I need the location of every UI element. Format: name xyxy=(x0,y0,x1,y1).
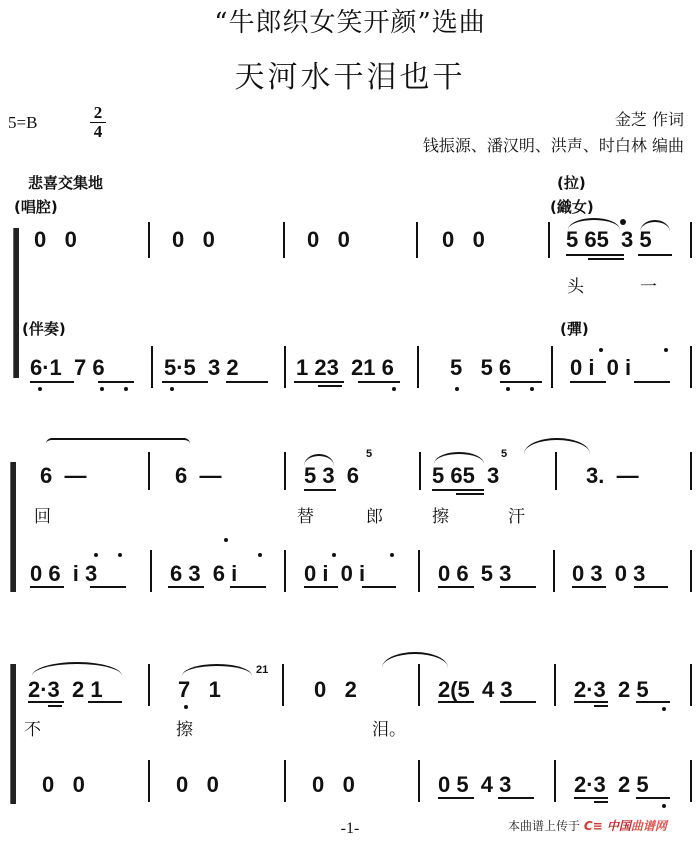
system-brace xyxy=(10,462,16,592)
vocal-m1: 2·3 2 1 xyxy=(28,678,103,702)
logo-icon: C≡ xyxy=(584,819,603,833)
vocal-part-label: (唱腔) xyxy=(14,196,58,217)
vocal-m3: 0 2 xyxy=(314,678,357,702)
high-octave-dot xyxy=(94,553,98,557)
underline xyxy=(28,701,64,703)
accomp-m3: 0 0 xyxy=(312,773,355,797)
site-name-b: 曲谱网 xyxy=(631,819,667,833)
high-octave-dot xyxy=(599,348,603,352)
underline xyxy=(168,586,204,588)
arranger-credit: 钱振源、潘汉明、洪声、时白林 编曲 xyxy=(423,133,684,156)
underline xyxy=(318,385,342,387)
barline xyxy=(151,346,153,388)
site-logo[interactable]: C≡ 中国曲谱网 xyxy=(584,817,667,834)
vocal-m1: 0 0 xyxy=(34,228,77,252)
lyric: 头 xyxy=(567,272,584,297)
underline xyxy=(226,381,268,383)
accomp-m5: 0 i 0 i xyxy=(570,356,631,380)
barline xyxy=(418,550,420,592)
vocal-m2: 6 — xyxy=(175,464,221,488)
low-octave-dot xyxy=(506,387,510,391)
series-title: “牛郎织女笑开颜”选曲 xyxy=(0,2,700,39)
lyric: 汗 xyxy=(508,502,525,527)
barline xyxy=(690,452,692,490)
slur xyxy=(32,662,122,676)
underline xyxy=(304,586,338,588)
accomp-m2: 0 0 xyxy=(176,773,219,797)
low-octave-dot xyxy=(455,387,459,391)
tie xyxy=(46,438,190,448)
accomp-m1: 6·1 7 6 xyxy=(30,356,105,380)
underline xyxy=(304,489,336,491)
staccato-dot xyxy=(620,219,626,225)
underline xyxy=(638,254,672,256)
high-octave-dot xyxy=(118,553,122,557)
vocal-m4: 5 65 3 xyxy=(432,464,499,488)
underline xyxy=(90,586,126,588)
underline xyxy=(362,586,396,588)
lyric: 擦 xyxy=(176,715,193,740)
accomp-m4: 5 5 6 xyxy=(450,356,511,380)
site-name-a: 中国 xyxy=(607,819,631,833)
vocal-m3: 0 0 xyxy=(307,228,350,252)
barline xyxy=(283,222,285,258)
underline xyxy=(500,381,542,383)
source-text: 本曲谱上传于 xyxy=(508,819,580,833)
low-octave-dot xyxy=(530,387,534,391)
underline xyxy=(500,701,536,703)
low-octave-dot xyxy=(38,387,42,391)
barline xyxy=(690,760,692,802)
barline xyxy=(419,452,421,490)
barline xyxy=(553,550,555,592)
barline xyxy=(418,664,420,706)
accomp-m3: 1 23 21 6 xyxy=(296,356,394,380)
underline xyxy=(294,381,344,383)
lyric: 郎 xyxy=(366,502,383,527)
underline xyxy=(162,381,208,383)
high-octave-dot xyxy=(332,553,336,557)
vocal-m3: 5 3 6 xyxy=(304,464,359,488)
slur xyxy=(304,454,334,466)
barline xyxy=(554,760,556,802)
slur xyxy=(434,452,484,464)
low-octave-dot xyxy=(170,387,174,391)
accomp-m1: 0 6 i 3 xyxy=(30,562,97,586)
underline xyxy=(432,489,484,491)
lyric: 回 xyxy=(34,502,51,527)
barline xyxy=(284,452,286,490)
low-octave-dot xyxy=(662,804,666,808)
lyric: 不 xyxy=(24,715,41,740)
source-credit: 本曲谱上传于 C≡ 中国曲谱网 xyxy=(508,817,667,834)
accomp-m5: 2·3 2 5 xyxy=(574,773,649,797)
low-octave-dot xyxy=(184,705,188,709)
barline xyxy=(417,346,419,388)
tie xyxy=(524,438,590,454)
accomp-m2: 6 3 6 i xyxy=(170,562,237,586)
key-signature: 5=B xyxy=(8,113,37,133)
barline xyxy=(554,664,556,706)
underline xyxy=(572,586,606,588)
lyricist-credit: 金芝 作词 xyxy=(615,107,684,130)
low-octave-dot xyxy=(392,387,396,391)
accomp-m4: 0 6 5 3 xyxy=(438,562,511,586)
barline xyxy=(284,346,286,388)
underline xyxy=(566,254,624,256)
grace-note: 5 xyxy=(501,448,507,460)
time-signature: 2 4 xyxy=(90,104,106,141)
lyric: 擦 xyxy=(432,502,449,527)
vocal-m1: 6 — xyxy=(40,464,86,488)
underline xyxy=(634,381,670,383)
underline xyxy=(574,701,608,703)
vocal-m2: 7 1 xyxy=(178,678,221,702)
accomp-m2: 5·5 3 2 xyxy=(164,356,239,380)
barline xyxy=(282,664,284,706)
underline xyxy=(438,586,474,588)
vocal-m5: 5 65 3 5 xyxy=(566,228,652,252)
accomp-m3: 0 i 0 i xyxy=(304,562,365,586)
grace-note: 21 xyxy=(256,664,268,676)
barline xyxy=(690,550,692,592)
grace-note: 5 xyxy=(366,448,372,460)
slur xyxy=(640,220,670,232)
underline xyxy=(570,381,606,383)
vocal-m5: 3. — xyxy=(586,464,639,488)
barline xyxy=(555,452,557,490)
underline xyxy=(588,258,624,260)
barline xyxy=(284,550,286,592)
barline xyxy=(690,222,692,258)
song-title: 天河水干泪也干 xyxy=(0,52,700,96)
barline xyxy=(148,760,150,802)
accomp-m4: 0 5 4 3 xyxy=(438,773,511,797)
underline xyxy=(500,586,536,588)
slur xyxy=(182,664,252,676)
underline xyxy=(48,705,62,707)
lyric: 一 xyxy=(640,272,657,297)
underline xyxy=(30,586,64,588)
barline xyxy=(551,346,553,388)
lyric: 泪。 xyxy=(372,715,406,740)
high-octave-dot xyxy=(258,553,262,557)
barline xyxy=(148,664,150,706)
underline xyxy=(30,381,74,383)
underline xyxy=(594,801,608,803)
lyric: 替 xyxy=(297,502,314,527)
slur xyxy=(568,218,620,230)
high-octave-dot xyxy=(390,553,394,557)
low-octave-dot xyxy=(100,387,104,391)
underline xyxy=(358,381,400,383)
time-signature-top: 2 xyxy=(90,104,106,122)
singer-label: (織女) xyxy=(550,196,594,217)
expression-mark: 悲喜交集地 xyxy=(28,172,103,193)
la-label: (拉) xyxy=(557,172,586,193)
system-brace xyxy=(10,664,16,804)
low-octave-dot xyxy=(662,707,666,711)
barline xyxy=(690,346,692,388)
underline xyxy=(456,493,484,495)
high-octave-dot xyxy=(664,348,668,352)
vocal-m4: 2(5 4 3 xyxy=(438,678,513,702)
barline xyxy=(548,222,550,258)
underline xyxy=(230,586,266,588)
tan-label: (彈) xyxy=(560,318,589,339)
system-brace xyxy=(13,228,19,378)
barline xyxy=(150,550,152,592)
vocal-m5: 2·3 2 5 xyxy=(574,678,649,702)
accomp-m1: 0 0 xyxy=(42,773,85,797)
underline xyxy=(438,701,474,703)
barline xyxy=(284,760,286,802)
vocal-m2: 0 0 xyxy=(172,228,215,252)
underline xyxy=(574,797,608,799)
time-signature-bottom: 4 xyxy=(90,122,106,141)
underline xyxy=(594,705,608,707)
barline xyxy=(148,222,150,258)
barline xyxy=(690,664,692,706)
underline xyxy=(636,797,670,799)
barline xyxy=(416,222,418,258)
barline xyxy=(148,452,150,490)
underline xyxy=(98,381,134,383)
underline xyxy=(634,586,668,588)
underline xyxy=(438,797,474,799)
underline xyxy=(498,797,534,799)
vocal-m4: 0 0 xyxy=(442,228,485,252)
low-octave-dot xyxy=(124,387,128,391)
tie xyxy=(382,652,448,668)
accomp-m5: 0 3 0 3 xyxy=(572,562,645,586)
underline xyxy=(636,701,670,703)
barline xyxy=(418,760,420,802)
underline xyxy=(88,701,122,703)
accomp-part-label: (伴奏) xyxy=(22,318,66,339)
dot xyxy=(224,538,228,542)
